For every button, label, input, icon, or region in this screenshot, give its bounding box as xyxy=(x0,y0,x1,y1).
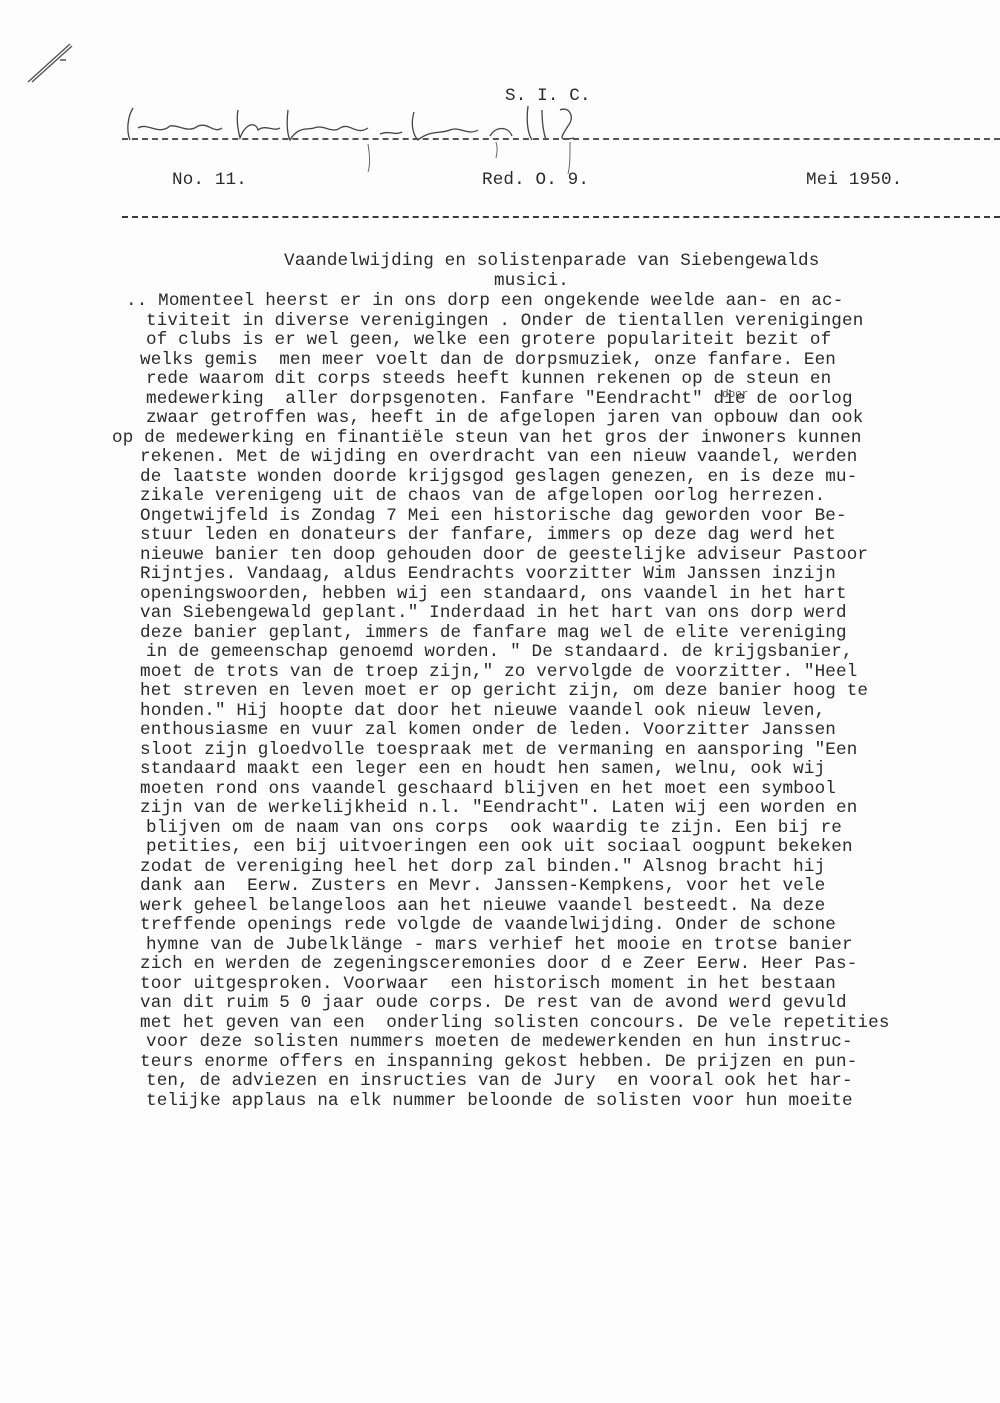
body-line: Ongetwijfeld is Zondag 7 Mei een histori… xyxy=(140,506,847,526)
body-line: treffende openings rede volgde de vaande… xyxy=(140,915,836,935)
body-line: telijke applaus na elk nummer beloonde d… xyxy=(146,1091,853,1111)
body-line: rekenen. Met de wijding en overdracht va… xyxy=(140,447,857,467)
body-line: welks gemis men meer voelt dan de dorpsm… xyxy=(140,350,836,370)
body-line: zikale verenigeng uit de chaos van de af… xyxy=(140,486,825,506)
body-line: toor uitgesproken. Voorwaar een historis… xyxy=(140,974,836,994)
header-divider-rule xyxy=(122,216,1000,218)
article-title-continued: musici. xyxy=(494,271,569,291)
body-line: zodat de vereniging heel het dorp zal bi… xyxy=(140,857,825,877)
body-line: van dit ruim 5 0 jaar oude corps. De res… xyxy=(140,993,847,1013)
body-line: in de gemeenschap genoemd worden. " De s… xyxy=(146,642,853,662)
body-line: standaard maakt een leger een en houdt h… xyxy=(140,759,825,779)
body-line: de laatste wonden doorde krijgsgod gesla… xyxy=(140,467,857,487)
body-line: voor deze solisten nummers moeten de med… xyxy=(146,1032,853,1052)
body-line: deze banier geplant, immers de fanfare m… xyxy=(140,623,847,643)
body-line: dank aan Eerw. Zusters en Mevr. Janssen-… xyxy=(140,876,825,896)
body-line: zijn van de werkelijkheid n.l. "Eendrach… xyxy=(140,798,857,818)
body-line: petities, een bij uitvoeringen een ook u… xyxy=(146,837,853,857)
body-line: sloot zijn gloedvolle toespraak met de v… xyxy=(140,740,857,760)
body-line: het streven en leven moet er op gericht … xyxy=(140,681,868,701)
body-line: met het geven van een onderling solisten… xyxy=(140,1013,890,1033)
handwriting-underline-rule xyxy=(122,138,1000,140)
body-line: of clubs is er wel geen, welke een grote… xyxy=(146,330,831,350)
handwritten-annotation xyxy=(118,96,678,176)
body-line: enthousiasme en vuur zal komen onder de … xyxy=(140,720,836,740)
body-line: honden." Hij hoopte dat door het nieuwe … xyxy=(140,701,825,721)
editor-reference: Red. O. 9. xyxy=(482,170,589,190)
body-line: blijven om de naam van ons corps ook waa… xyxy=(146,818,842,838)
article-title: Vaandelwijding en solistenparade van Sie… xyxy=(284,251,819,271)
body-line: zich en werden de zegeningsceremonies do… xyxy=(140,954,857,974)
body-line: van Siebengewald geplant." Inderdaad in … xyxy=(140,603,847,623)
body-line: stuur leden en donateurs der fanfare, im… xyxy=(140,525,836,545)
issue-date: Mei 1950. xyxy=(806,170,902,190)
body-line: medewerking aller dorpsgenoten. Fanfare … xyxy=(146,389,853,409)
body-line: nieuwe banier ten doop gehouden door de … xyxy=(140,545,868,565)
body-line: tiviteit in diverse verenigingen . Onder… xyxy=(146,311,863,331)
body-line: werk geheel belangeloos aan het nieuwe v… xyxy=(140,896,825,916)
margin-pencil-mark-icon xyxy=(20,38,80,88)
body-line: rede waarom dit corps steeds heeft kunne… xyxy=(146,369,831,389)
body-line: ten, de adviezen en insructies van de Ju… xyxy=(146,1071,853,1091)
body-line: op de medewerking en finantiële steun va… xyxy=(112,428,862,448)
body-line: hymne van de Jubelklänge - mars verhief … xyxy=(146,935,853,955)
body-line: Rijntjes. Vandaag, aldus Eendrachts voor… xyxy=(140,564,836,584)
issue-number: No. 11. xyxy=(172,170,247,190)
body-line: moet de trots van de troep zijn," zo ver… xyxy=(140,662,857,682)
body-line: moeten rond ons vaandel geschaard blijve… xyxy=(140,779,836,799)
body-line: openingswoorden, hebben wij een standaar… xyxy=(140,584,847,604)
body-line: .. Momenteel heerst er in ons dorp een o… xyxy=(126,291,843,311)
body-line: teurs enorme offers en inspanning gekost… xyxy=(140,1052,857,1072)
document-page: S. I. C. No. 11. Red. O. 9. Mei 1950. Va… xyxy=(0,0,1000,1403)
body-line: zwaar getroffen was, heeft in de afgelop… xyxy=(146,408,863,428)
